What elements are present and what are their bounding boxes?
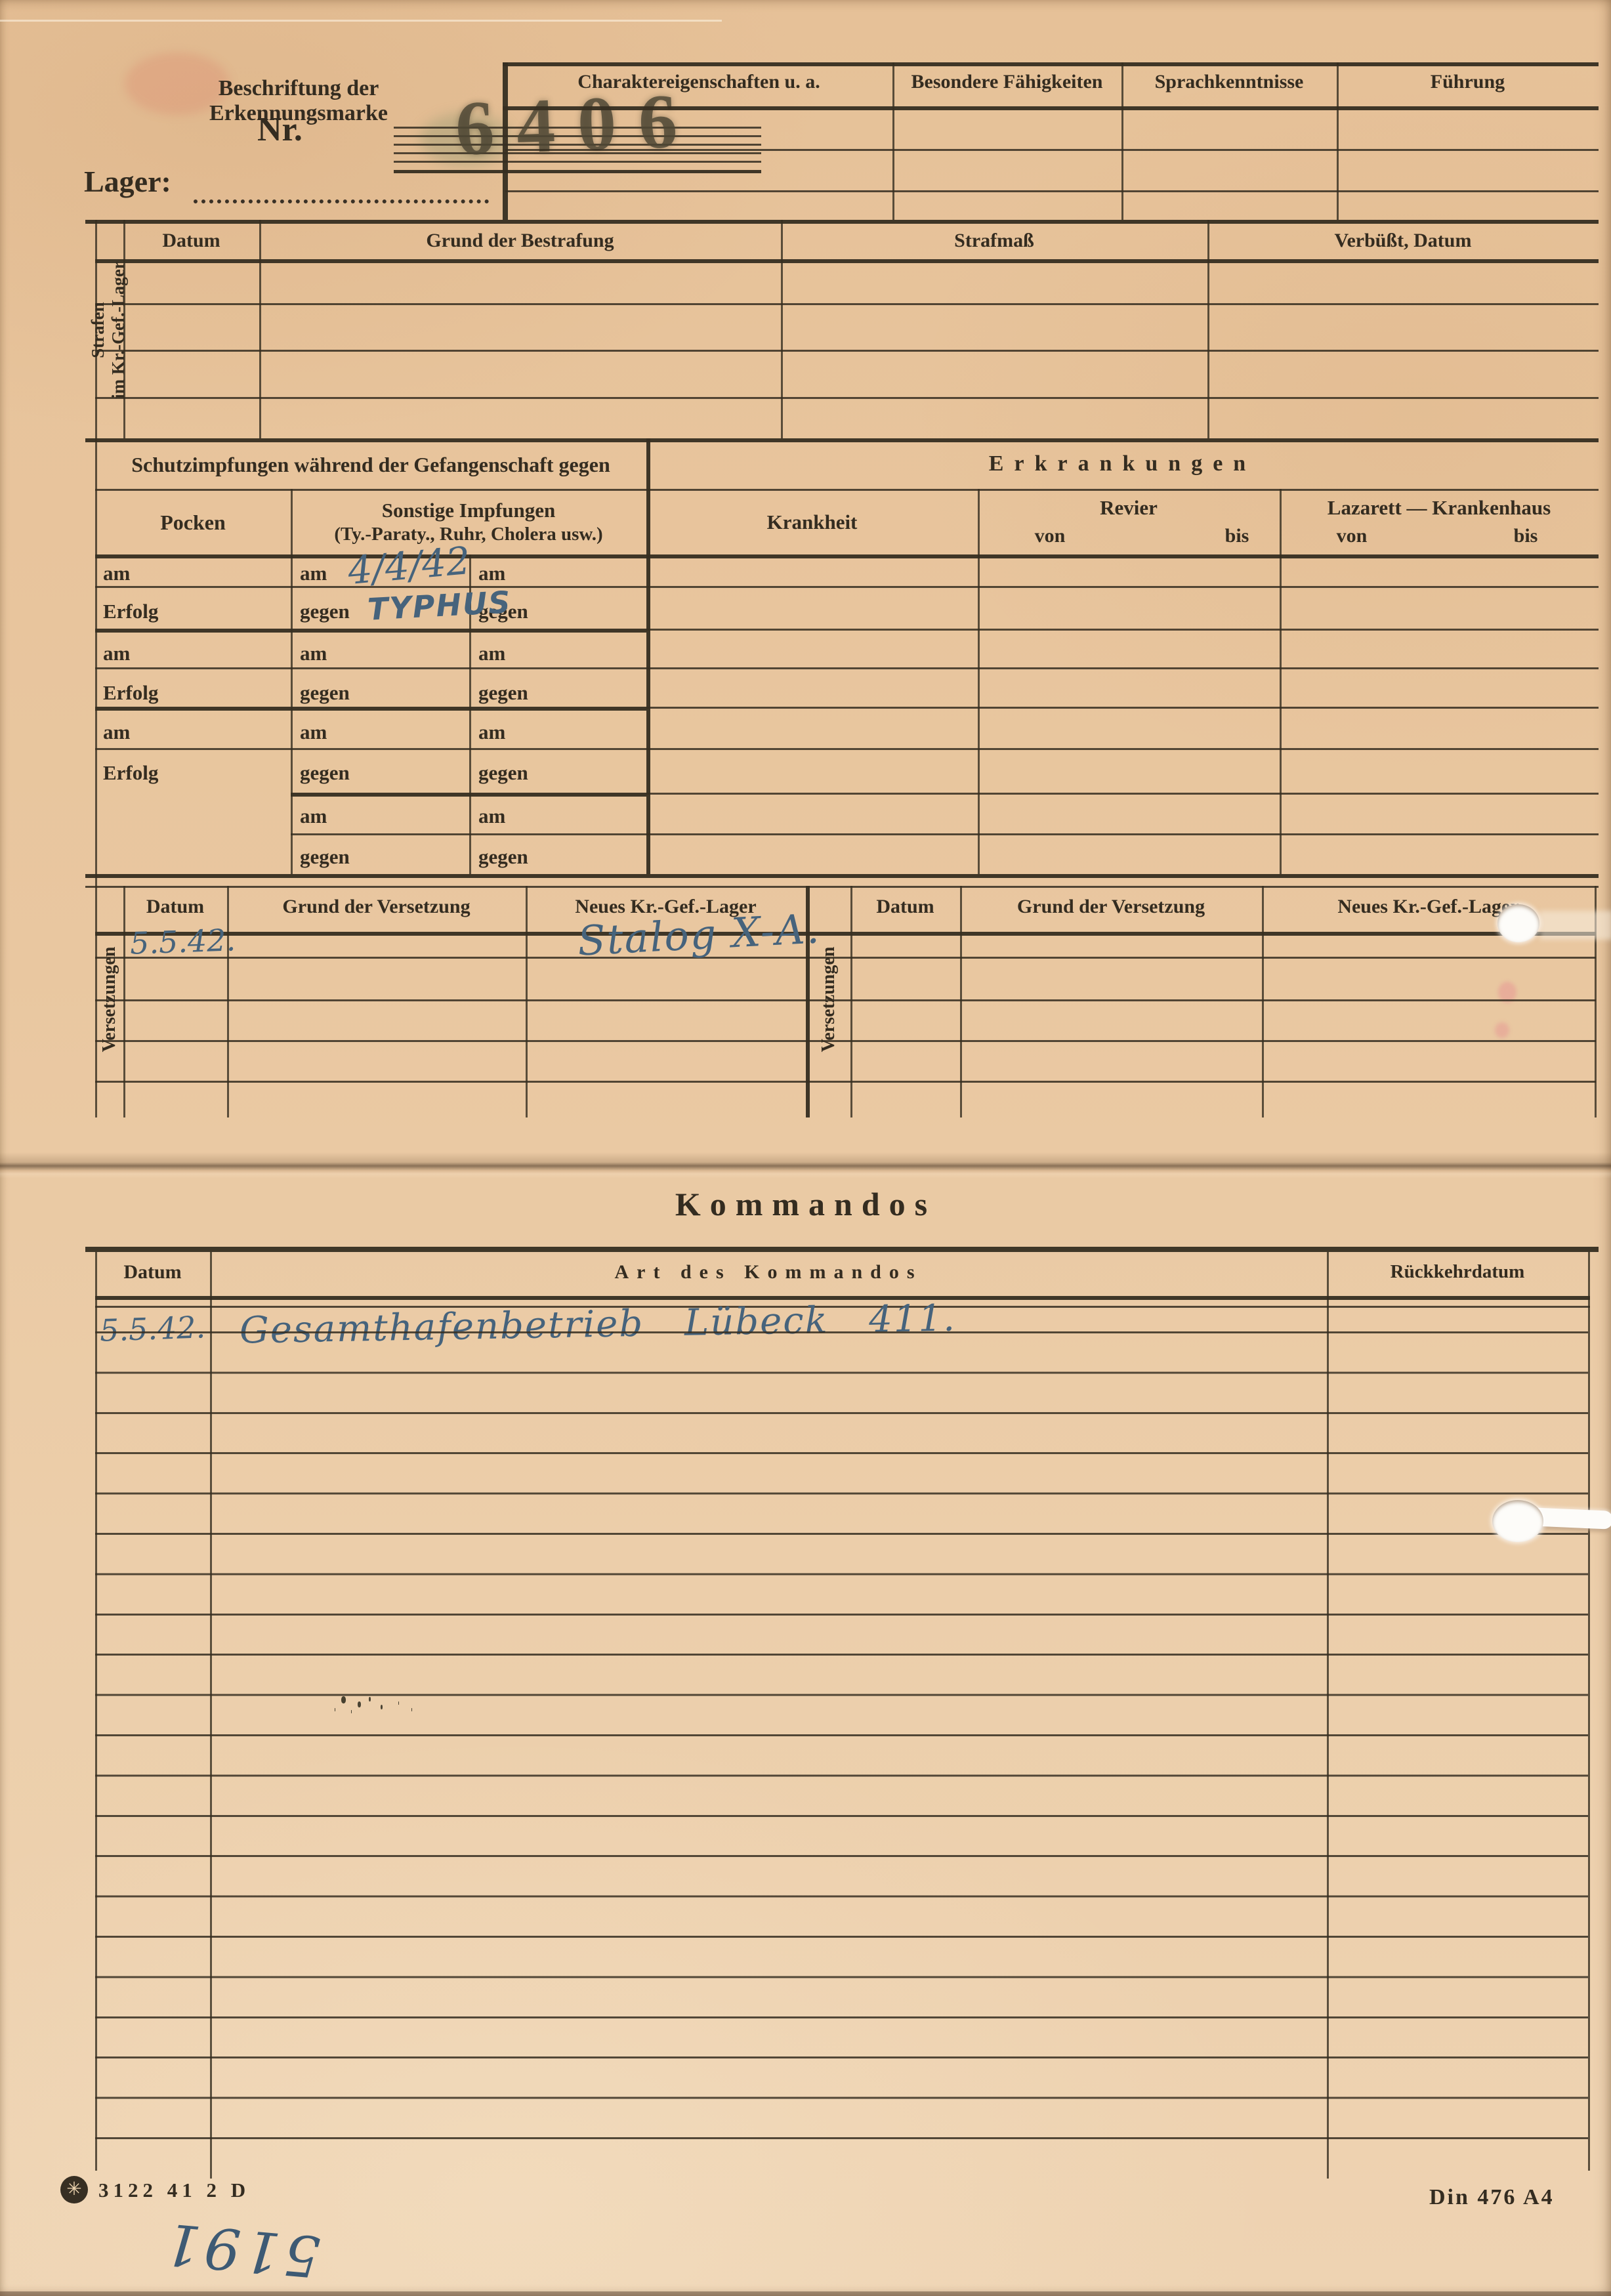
rule (123, 886, 125, 1117)
rule (978, 489, 980, 874)
impfungen-title: Schutzimpfungen während der Gefangenscha… (95, 453, 646, 477)
versetzungen-side-label: Versetzungen (99, 901, 120, 1098)
gegen-label: gegen (478, 761, 528, 785)
rule (227, 886, 229, 1117)
lager-label: Lager: (84, 164, 171, 199)
col-krankheit: Krankheit (646, 511, 978, 534)
am-label: am (300, 720, 327, 744)
col-datum: Datum (850, 896, 960, 918)
col-fuehrung: Führung (1337, 71, 1599, 93)
rule (503, 106, 1599, 110)
format-label: Din 476 A4 (1429, 2185, 1555, 2210)
rule (505, 190, 1599, 192)
rule (1262, 886, 1264, 1117)
col-datum: Datum (123, 230, 259, 252)
col-lazarett-krankenhaus: Lazarett — Krankenhaus (1280, 496, 1599, 520)
rule (1588, 1252, 1590, 2171)
lazarett-bis-label: bis (1490, 525, 1562, 547)
rule (95, 554, 1599, 558)
gegen-label: gegen (300, 600, 350, 623)
am-label: am (478, 642, 505, 665)
rule (259, 220, 261, 438)
versetzungen-side-label: Versetzungen (818, 901, 839, 1098)
am-label: am (478, 562, 505, 585)
print-code: 3122 41 2 D (98, 2179, 250, 2202)
col-grund-der-versetzung: Grund der Versetzung (960, 896, 1262, 918)
rule (95, 350, 1599, 352)
rule (781, 220, 783, 438)
col-revier: Revier (978, 496, 1280, 520)
rule (505, 149, 1599, 151)
col-datum: Datum (123, 896, 227, 918)
rule (95, 586, 1599, 588)
rule (646, 629, 1599, 631)
scan-edge (0, 2291, 1611, 2296)
gegen-label: gegen (300, 761, 350, 785)
rule (1280, 489, 1282, 874)
paper-crumple (1539, 911, 1611, 940)
rule (646, 793, 1599, 795)
handwritten-inventory-number: 5191 (158, 2210, 323, 2289)
col-pocken: Pocken (95, 511, 291, 535)
gegen-label: gegen (300, 681, 350, 705)
col-art-des-kommandos: Art des Kommandos (210, 1261, 1327, 1284)
col-verbuesst-datum: Verbüßt, Datum (1207, 230, 1599, 252)
paper-crease (0, 20, 722, 22)
gegen-label: gegen (478, 681, 528, 705)
col-sonstige-impfungen: Sonstige Impfungen (291, 499, 646, 522)
gegen-label: gegen (478, 845, 528, 869)
rule (291, 833, 646, 835)
rule (526, 886, 528, 1117)
rule (646, 833, 1599, 835)
rule (95, 932, 1596, 936)
am-label: am (478, 804, 505, 828)
revier-von-label: von (1014, 525, 1086, 547)
am-label: am (300, 804, 327, 828)
rule (646, 707, 1599, 709)
am-label: am (103, 562, 130, 585)
rule (1207, 220, 1209, 438)
col-strafmass: Strafmaß (781, 230, 1207, 252)
rule (95, 629, 646, 633)
rule (503, 62, 1599, 66)
col-sprachkenntnisse: Sprachkenntnisse (1121, 71, 1337, 93)
col-charaktereigenschaften: Charaktereigenschaften u. a. (505, 71, 892, 93)
rule (95, 707, 646, 711)
erkrankungen-title: Erkrankungen (646, 451, 1599, 476)
nr-label: Nr. (257, 110, 303, 149)
kommandos-blank-rows (95, 1331, 1588, 2140)
pow-record-card: Beschriftung der Erkennungsmarke Nr. 640… (0, 0, 1611, 2296)
erfolg-label: Erfolg (103, 681, 158, 705)
kommandos-title: Kommandos (642, 1185, 970, 1223)
rule (95, 957, 1596, 959)
gegen-label: gegen (300, 845, 350, 869)
rule (646, 438, 650, 874)
rule (85, 438, 1599, 442)
erfolg-label: Erfolg (103, 600, 158, 623)
rule (960, 886, 962, 1117)
punch-hole (1497, 904, 1539, 942)
am-label: am (478, 720, 505, 744)
vaccination-disease-entry: TYPHUS (367, 584, 513, 627)
rule (95, 489, 1599, 491)
col-grund-der-versetzung: Grund der Versetzung (227, 896, 526, 918)
rule (85, 886, 1599, 888)
col-besondere-faehigkeiten: Besondere Fähigkeiten (892, 71, 1121, 93)
rule (95, 303, 1599, 305)
am-label: am (300, 642, 327, 665)
rule (95, 259, 1599, 263)
printer-mark-icon: ✳ (60, 2176, 88, 2203)
lager-dotted-line (194, 169, 489, 203)
rule (95, 1040, 1596, 1042)
ink-blot (341, 1696, 346, 1703)
rule (95, 1081, 1596, 1083)
rule (85, 874, 1599, 878)
strafen-side-label: Strafen im Kr.-Gef.-Lager (88, 222, 129, 438)
am-label: am (300, 562, 327, 585)
punch-hole (1492, 1500, 1543, 1542)
rule (95, 397, 1599, 399)
col-datum: Datum (95, 1261, 210, 1284)
rule (291, 489, 293, 874)
vaccination-date-entry: 4/4/42 (346, 538, 472, 593)
rule (95, 667, 1599, 669)
rule (85, 220, 1599, 224)
am-label: am (103, 642, 130, 665)
rule (850, 886, 852, 1117)
fold-crease (0, 1152, 1611, 1179)
revier-bis-label: bis (1201, 525, 1273, 547)
lazarett-von-label: von (1316, 525, 1388, 547)
am-label: am (103, 720, 130, 744)
transfer-date-entry: 5.5.42. (129, 922, 236, 961)
rule (95, 999, 1596, 1001)
rule (85, 1247, 1599, 1252)
col-rueckkehrdatum: Rückkehrdatum (1327, 1261, 1588, 1283)
pink-mark (1495, 1022, 1509, 1038)
rule (95, 748, 1599, 750)
col-grund-der-bestrafung: Grund der Bestrafung (259, 230, 781, 252)
erfolg-label: Erfolg (103, 761, 158, 785)
rule (291, 793, 646, 797)
